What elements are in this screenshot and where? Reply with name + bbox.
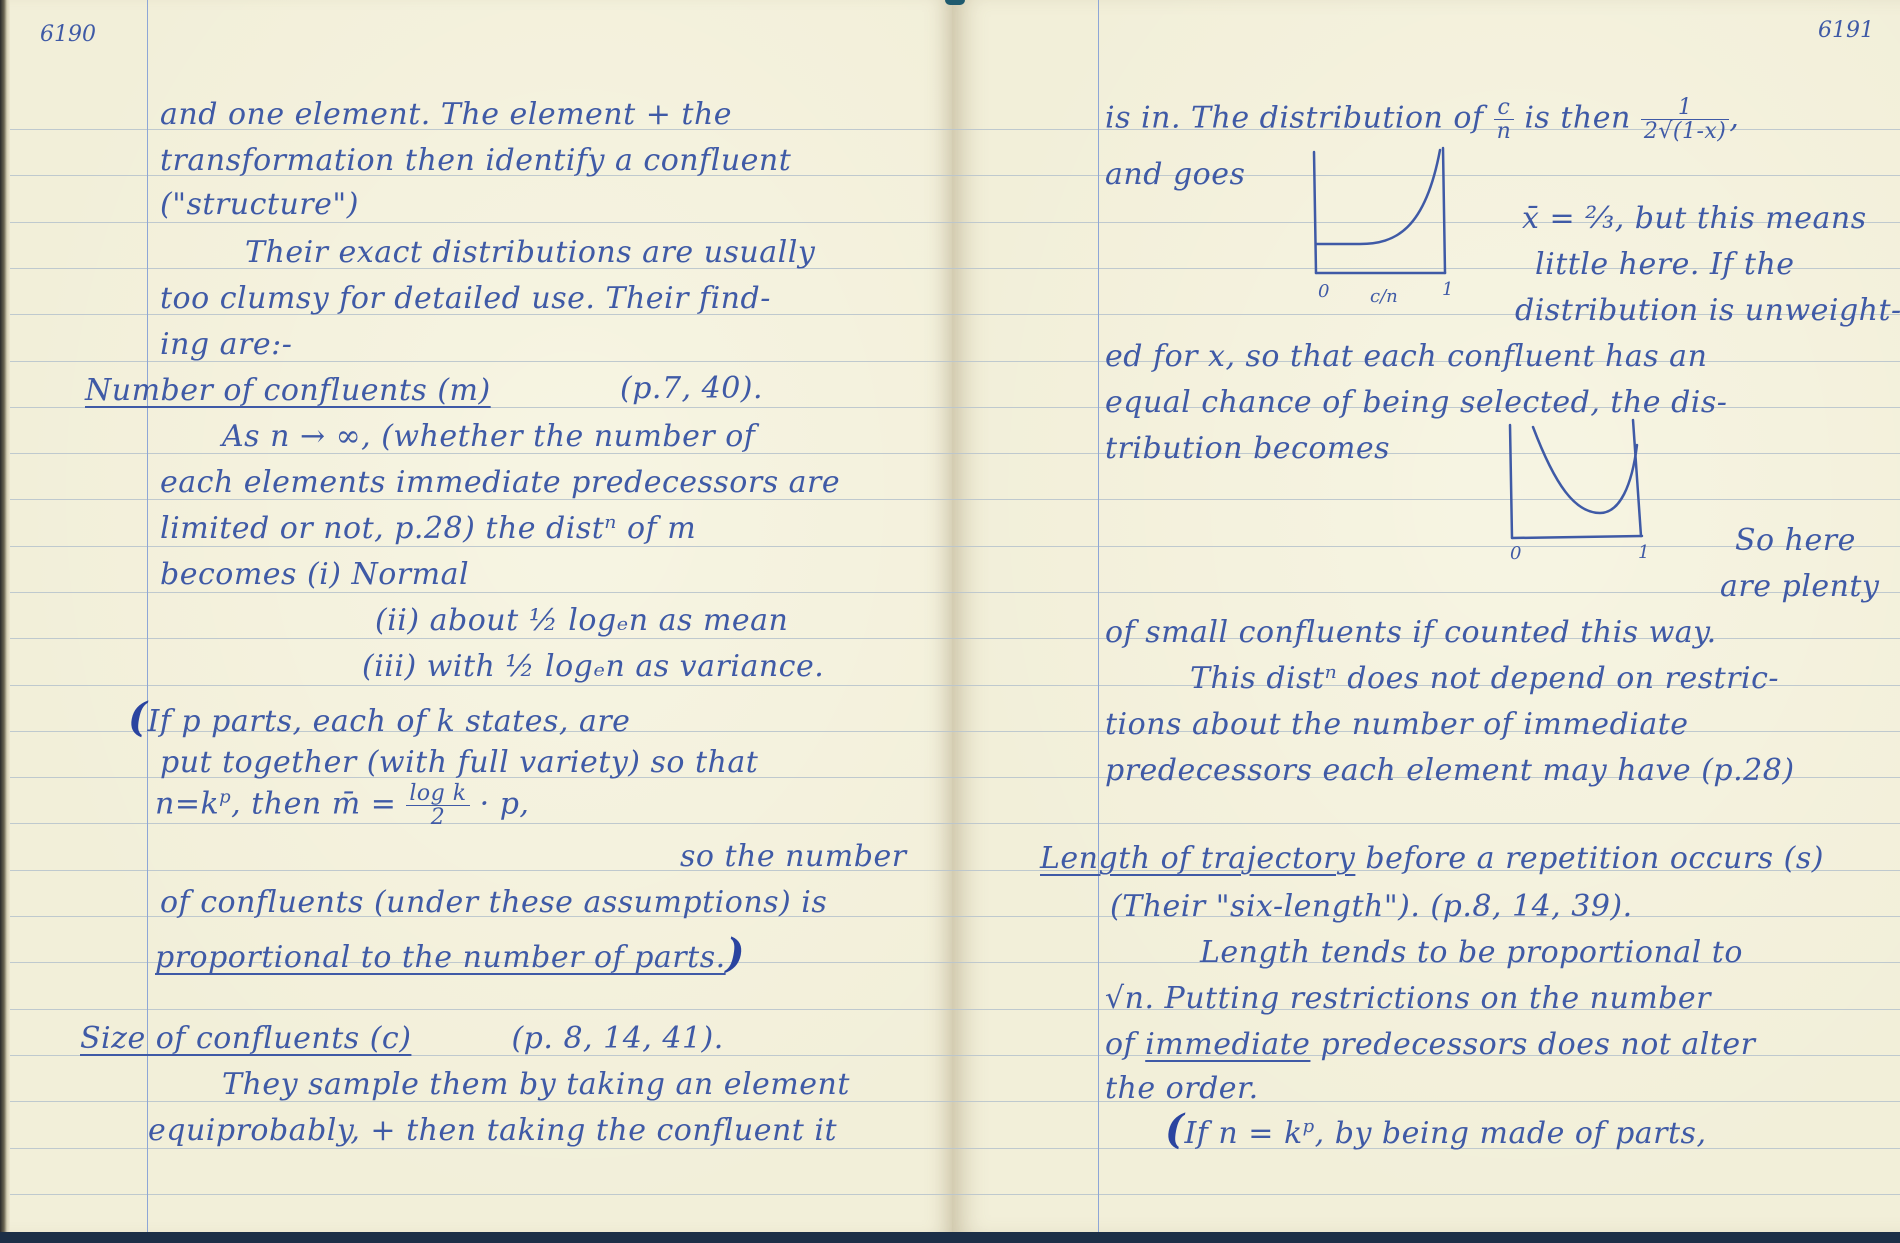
handwritten-line: and goes [1105, 160, 1245, 190]
size-heading-line: Size of confluents (c) (p. 8, 14, 41). [80, 1024, 724, 1054]
bracket-note-text: If p parts, each of k states, are [147, 704, 630, 739]
formula-line: n=kp, then m̄ = log k2 · p, [155, 782, 529, 829]
ruled-line [10, 546, 952, 547]
handwritten-line: of confluents (under these assumptions) … [160, 888, 827, 918]
ruled-line [952, 499, 1900, 500]
handwritten-line: Their exact distributions are usually [245, 238, 815, 268]
handwritten-line: This distⁿ does not depend on restric- [1190, 664, 1779, 694]
handwritten-line: transformation then identify a confluent [160, 146, 791, 176]
handwritten-line: each elements immediate predecessors are [160, 468, 840, 498]
formula-suffix: · p, [470, 787, 530, 822]
fraction-numerator: log k [406, 782, 469, 806]
fraction-numerator: c [1494, 96, 1515, 120]
dist-prefix: is in. The distribution of [1105, 101, 1494, 136]
handwritten-line: ("structure") [160, 190, 359, 220]
handwritten-line: tions about the number of immediate [1105, 710, 1689, 740]
ruled-line [10, 685, 952, 686]
ruled-line [10, 1194, 952, 1195]
open-bracket: ( [1165, 1106, 1184, 1153]
immediate-prefix: of [1105, 1027, 1145, 1062]
handwritten-line: ed for x, so that each confluent has an [1105, 342, 1707, 372]
handwritten-line: the order. [1105, 1074, 1259, 1104]
ruled-line [952, 1101, 1900, 1102]
handwritten-line: of small confluents if counted this way. [1105, 618, 1717, 648]
ruled-line [10, 1009, 952, 1010]
formula-mid: , then m̄ = [231, 787, 406, 822]
x-axis-line [1512, 536, 1642, 538]
margin-line [1098, 0, 1099, 1232]
formula-prefix: n=k [155, 787, 219, 822]
fraction-denominator: 2 [406, 806, 469, 829]
page-number-left: 6190 [40, 22, 96, 47]
immediate-word: immediate [1145, 1027, 1310, 1062]
c-over-n-fraction: cn [1494, 96, 1515, 143]
heading-length-rest: before a repetition occurs (s) [1355, 841, 1824, 876]
fraction-denominator: 2√(1-x) [1641, 120, 1730, 143]
handwritten-line: so the number [680, 842, 907, 872]
last-line-start: If n = k [1184, 1116, 1302, 1151]
fraction-denominator: n [1494, 120, 1515, 143]
length-heading-line: Length of trajectory before a repetition… [1040, 844, 1824, 874]
handwritten-line: becomes (i) Normal [160, 560, 469, 590]
sketch-j-shaped-distribution: 0 c/n 1 [1300, 140, 1470, 310]
bookmark-ribbon [945, 0, 965, 5]
handwritten-line: (p.7, 40). [620, 374, 763, 404]
handwritten-line: equal chance of being selected, the dis- [1105, 388, 1727, 418]
last-line: (If n = kp, by being made of parts, [1165, 1110, 1707, 1150]
open-bracket: ( [128, 694, 147, 741]
handwritten-line: too clumsy for detailed use. Their find- [160, 284, 771, 314]
ruled-line [10, 1148, 952, 1149]
heading-size-of-confluents: Size of confluents (c) [80, 1021, 411, 1056]
handwritten-line: They sample them by taking an element [222, 1070, 850, 1100]
handwritten-line: distribution is unweight- [1515, 296, 1900, 326]
handwritten-line: little here. If the [1535, 250, 1795, 280]
label-zero: 0 [1318, 281, 1329, 302]
exponent: p [1303, 1116, 1315, 1137]
density-fraction: 12√(1-x) [1641, 96, 1730, 143]
proportional-text: proportional to the number of parts. [155, 940, 726, 975]
formula-exponent: p [219, 787, 231, 808]
desk-background [0, 1232, 1900, 1243]
handwritten-line: x̄ = ⅔, but this means [1522, 204, 1867, 234]
heading-number-of-confluents: Number of confluents (m) [85, 376, 491, 406]
heading-length-of-trajectory: Length of trajectory [1040, 841, 1355, 876]
handwritten-line: Length tends to be proportional to [1200, 938, 1743, 968]
handwritten-line: equiprobably, + then taking the confluen… [148, 1116, 837, 1146]
notebook-edge-left [0, 0, 10, 1232]
ruled-line [952, 1194, 1900, 1195]
handwritten-line: So here [1735, 526, 1856, 556]
handwritten-line: (ii) about ½ logₑn as mean [375, 606, 788, 636]
label-c-over-n: c/n [1370, 286, 1398, 307]
handwritten-line: predecessors each element may have (p.28… [1105, 756, 1795, 786]
handwritten-line: put together (with full variety) so that [160, 748, 758, 778]
fraction-numerator: 1 [1641, 96, 1730, 120]
ruled-line [10, 361, 952, 362]
y-axis-line [1510, 425, 1512, 538]
handwritten-line: ing are:- [160, 330, 292, 360]
formula-fraction: log k2 [406, 782, 469, 829]
page-number-right: 6191 [1818, 18, 1874, 43]
immediate-rest: predecessors does not alter [1310, 1027, 1755, 1062]
handwritten-line: √n. Putting restrictions on the number [1105, 984, 1711, 1014]
handwritten-line: (Their "six-length"). (p.8, 14, 39). [1110, 892, 1633, 922]
size-page-refs: (p. 8, 14, 41). [511, 1021, 723, 1056]
density-curve [1316, 150, 1440, 244]
ruled-line [10, 592, 952, 593]
dist-mid: is then [1514, 101, 1641, 136]
immediate-line: of immediate predecessors does not alter [1105, 1030, 1755, 1060]
handwritten-line: and one element. The element + the [160, 100, 732, 130]
label-one: 1 [1442, 279, 1453, 300]
distribution-line: is in. The distribution of cn is then 12… [1105, 96, 1739, 143]
density-curve [1533, 427, 1637, 513]
proportional-line: proportional to the number of parts.) [155, 934, 745, 974]
right-boundary-line [1633, 420, 1641, 536]
ruled-line [10, 638, 952, 639]
y-axis-line [1314, 152, 1316, 273]
dist-suffix: , [1729, 101, 1739, 136]
bracket-note-line: (If p parts, each of k states, are [128, 698, 630, 738]
right-boundary-line [1443, 148, 1445, 273]
handwritten-line: are plenty [1720, 572, 1879, 602]
ruled-line [952, 453, 1900, 454]
close-bracket: ) [726, 930, 745, 977]
handwritten-line: limited or not, p.28) the distⁿ of m [160, 514, 696, 544]
handwritten-line: As n → ∞, (whether the number of [222, 422, 755, 452]
sketch-u-shaped-distribution: 0 1 [1500, 415, 1660, 575]
ruled-line [952, 823, 1900, 824]
label-zero: 0 [1510, 543, 1521, 564]
label-one: 1 [1638, 542, 1649, 563]
handwritten-line: (iii) with ½ logₑn as variance. [362, 652, 824, 682]
handwritten-line: tribution becomes [1105, 434, 1390, 464]
last-line-end: , by being made of parts, [1315, 1116, 1707, 1151]
ruled-line [10, 222, 952, 223]
